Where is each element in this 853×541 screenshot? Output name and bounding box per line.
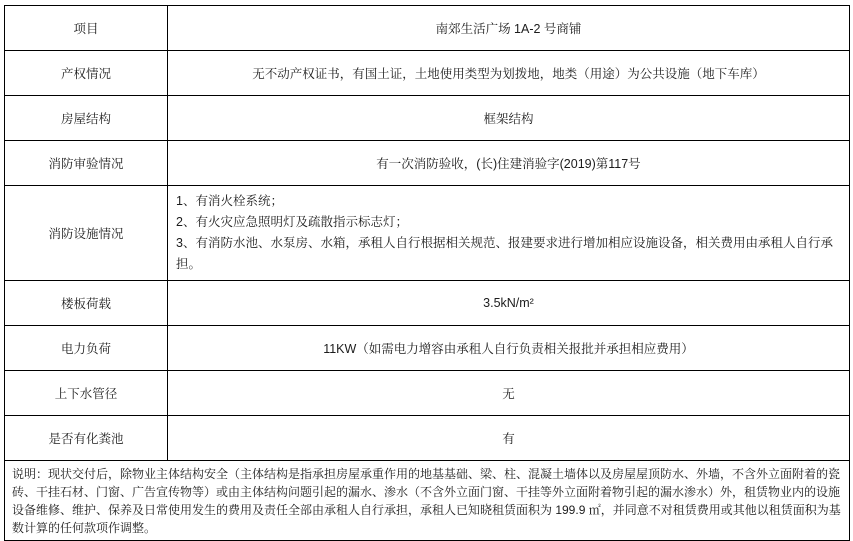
table-row-building-structure: 房屋结构 框架结构 — [5, 96, 850, 141]
septic-tank-value: 有 — [168, 416, 850, 461]
power-load-value: 11KW（如需电力增容由承租人自行负责相关报批并承担相应费用） — [168, 326, 850, 371]
table-row-project: 项目 南郊生活广场 1A-2 号商铺 — [5, 6, 850, 51]
project-value: 南郊生活广场 1A-2 号商铺 — [168, 6, 850, 51]
fire-facilities-item-1: 1、有消火栓系统； — [176, 191, 841, 212]
floor-load-label: 楼板荷载 — [5, 281, 168, 326]
water-pipe-label: 上下水管径 — [5, 371, 168, 416]
power-load-label: 电力负荷 — [5, 326, 168, 371]
table-row-fire-facilities: 消防设施情况 1、有消火栓系统； 2、有火灾应急照明灯及疏散指示标志灯； 3、有… — [5, 186, 850, 281]
table-row-fire-inspection: 消防审验情况 有一次消防验收，(长)住建消验字(2019)第117号 — [5, 141, 850, 186]
ownership-value: 无不动产权证书，有国土证，土地使用类型为划拨地，地类（用途）为公共设施（地下车库… — [168, 51, 850, 96]
table-row-septic-tank: 是否有化粪池 有 — [5, 416, 850, 461]
building-structure-value: 框架结构 — [168, 96, 850, 141]
property-info-table: 项目 南郊生活广场 1A-2 号商铺 产权情况 无不动产权证书，有国土证，土地使… — [4, 5, 850, 541]
table-row-power-load: 电力负荷 11KW（如需电力增容由承租人自行负责相关报批并承担相应费用） — [5, 326, 850, 371]
fire-inspection-value: 有一次消防验收，(长)住建消验字(2019)第117号 — [168, 141, 850, 186]
water-pipe-value: 无 — [168, 371, 850, 416]
ownership-label: 产权情况 — [5, 51, 168, 96]
fire-facilities-label: 消防设施情况 — [5, 186, 168, 281]
septic-tank-label: 是否有化粪池 — [5, 416, 168, 461]
fire-inspection-label: 消防审验情况 — [5, 141, 168, 186]
project-label: 项目 — [5, 6, 168, 51]
table-row-water-pipe: 上下水管径 无 — [5, 371, 850, 416]
floor-load-value: 3.5kN/m² — [168, 281, 850, 326]
building-structure-label: 房屋结构 — [5, 96, 168, 141]
fire-facilities-item-3: 3、有消防水池、水泵房、水箱，承租人自行根据相关规范、报建要求进行增加相应设施设… — [176, 233, 841, 275]
fire-facilities-item-2: 2、有火灾应急照明灯及疏散指示标志灯； — [176, 212, 841, 233]
note-text: 说明：现状交付后，除物业主体结构安全（主体结构是指承担房屋承重作用的地基基础、梁… — [5, 461, 850, 541]
table-row-ownership: 产权情况 无不动产权证书，有国土证，土地使用类型为划拨地，地类（用途）为公共设施… — [5, 51, 850, 96]
table-row-floor-load: 楼板荷载 3.5kN/m² — [5, 281, 850, 326]
fire-facilities-value: 1、有消火栓系统； 2、有火灾应急照明灯及疏散指示标志灯； 3、有消防水池、水泵… — [168, 186, 850, 281]
table-row-note: 说明：现状交付后，除物业主体结构安全（主体结构是指承担房屋承重作用的地基基础、梁… — [5, 461, 850, 541]
